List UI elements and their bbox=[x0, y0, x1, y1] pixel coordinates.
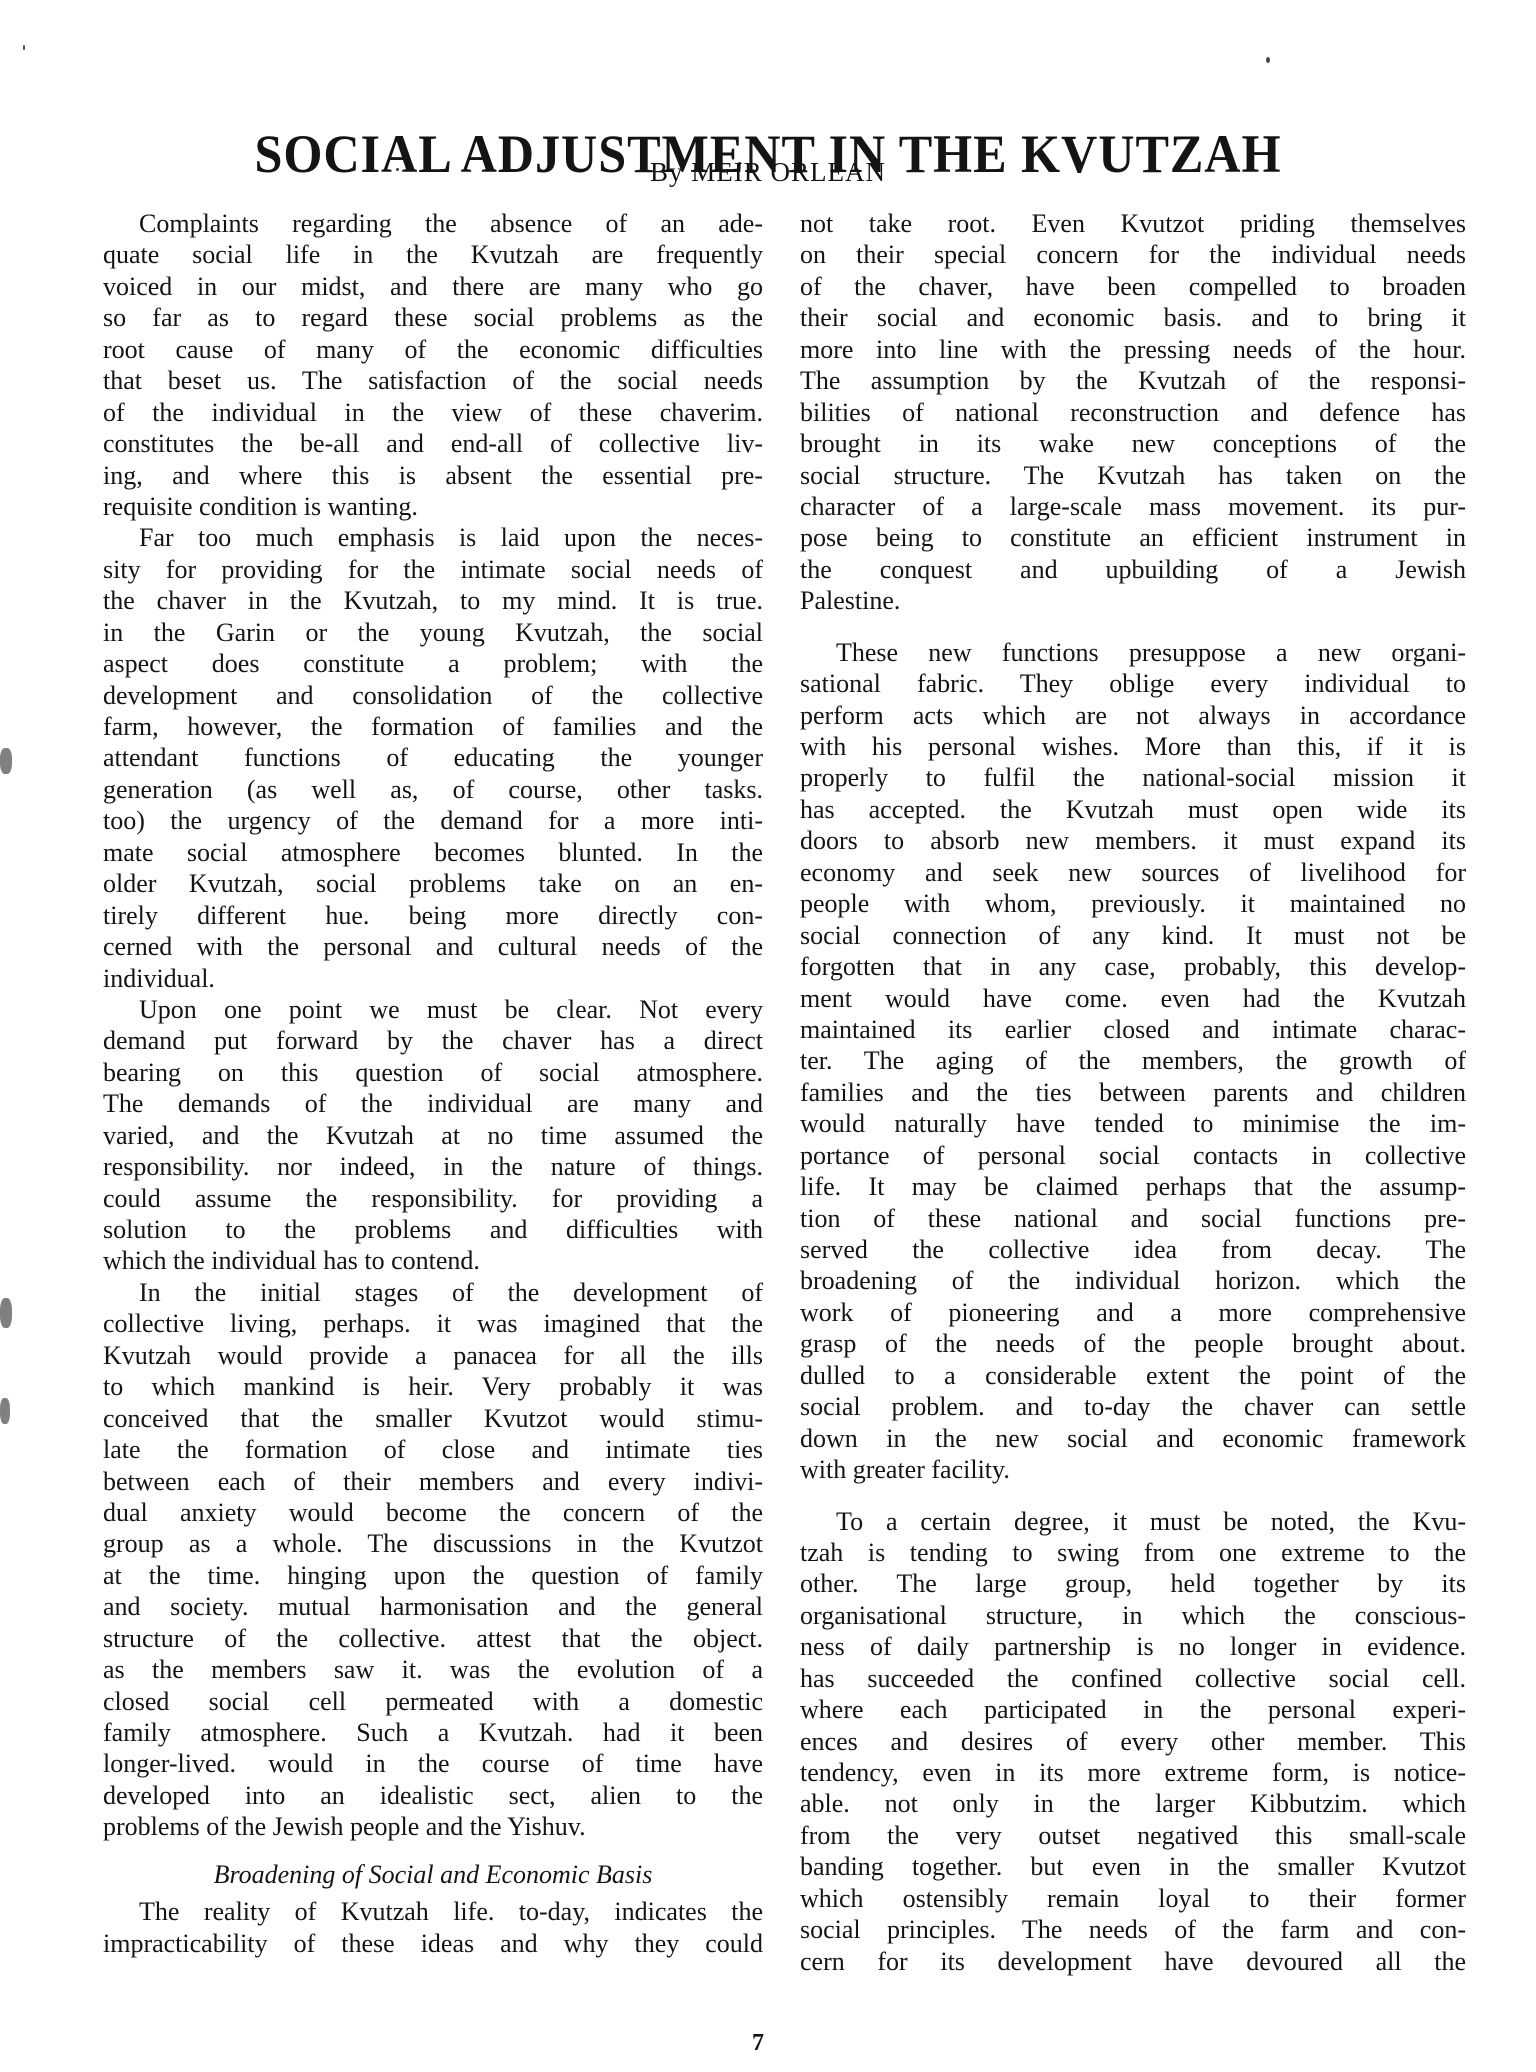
right-column: not take root. Even Kvutzot priding them… bbox=[800, 208, 1466, 1977]
scan-speck bbox=[1266, 57, 1270, 63]
text-line: more into line with the pressing needs o… bbox=[800, 334, 1466, 365]
text-line: pose being to constitute an efficient in… bbox=[800, 522, 1466, 553]
text-line: and society. mutual harmonisation and th… bbox=[103, 1591, 763, 1622]
text-line: served the collective idea from decay. T… bbox=[800, 1234, 1466, 1265]
text-line: sational fabric. They oblige every indiv… bbox=[800, 668, 1466, 699]
text-line: developed into an idealistic sect, alien… bbox=[103, 1780, 763, 1811]
text-line: These new functions presuppose a new org… bbox=[800, 637, 1466, 668]
text-line: work of pioneering and a more comprehens… bbox=[800, 1297, 1466, 1328]
text-line: mate social atmosphere becomes blunted. … bbox=[103, 837, 763, 868]
text-line: conceived that the smaller Kvutzot would… bbox=[103, 1403, 763, 1434]
text-line: collective living, perhaps. it was imagi… bbox=[103, 1308, 763, 1339]
text-line: doors to absorb new members. it must exp… bbox=[800, 825, 1466, 856]
text-line: impracticability of these ideas and why … bbox=[103, 1928, 763, 1959]
text-line: properly to fulfil the national-social m… bbox=[800, 762, 1466, 793]
text-line: attendant functions of educating the you… bbox=[103, 742, 763, 773]
text-line: too) the urgency of the demand for a mor… bbox=[103, 805, 763, 836]
text-line: their social and economic basis. and to … bbox=[800, 302, 1466, 333]
scan-blot-mark bbox=[0, 1398, 10, 1424]
text-line: that beset us. The satisfaction of the s… bbox=[103, 365, 763, 396]
text-line: the chaver in the Kvutzah, to my mind. I… bbox=[103, 585, 763, 616]
text-line: ment would have come. even had the Kvutz… bbox=[800, 983, 1466, 1014]
text-line: social principles. The needs of the farm… bbox=[800, 1914, 1466, 1945]
text-line: not take root. Even Kvutzot priding them… bbox=[800, 208, 1466, 239]
text-line: at the time. hinging upon the question o… bbox=[103, 1560, 763, 1591]
text-line: other. The large group, held together by… bbox=[800, 1568, 1466, 1599]
text-line: in the Garin or the young Kvutzah, the s… bbox=[103, 617, 763, 648]
text-line: organisational structure, in which the c… bbox=[800, 1600, 1466, 1631]
text-line: would naturally have tended to minimise … bbox=[800, 1108, 1466, 1139]
text-line: where each participated in the personal … bbox=[800, 1694, 1466, 1725]
text-line: group as a whole. The discussions in the… bbox=[103, 1528, 763, 1559]
text-line: maintained its earlier closed and intima… bbox=[800, 1014, 1466, 1045]
text-line: The reality of Kvutzah life. to-day, ind… bbox=[103, 1896, 763, 1927]
text-line: has accepted. the Kvutzah must open wide… bbox=[800, 794, 1466, 825]
text-line: of the chaver, have been compelled to br… bbox=[800, 271, 1466, 302]
text-line: root cause of many of the economic diffi… bbox=[103, 334, 763, 365]
text-line: social structure. The Kvutzah has taken … bbox=[800, 460, 1466, 491]
text-line: broadening of the individual horizon. wh… bbox=[800, 1265, 1466, 1296]
text-line: portance of personal social contacts in … bbox=[800, 1140, 1466, 1171]
text-line: character of a large-scale mass movement… bbox=[800, 491, 1466, 522]
text-line: perform acts which are not always in acc… bbox=[800, 700, 1466, 731]
text-line: voiced in our midst, and there are many … bbox=[103, 271, 763, 302]
text-line: Complaints regarding the absence of an a… bbox=[103, 208, 763, 239]
text-line: banding together. but even in the smalle… bbox=[800, 1851, 1466, 1882]
text-line: families and the ties between parents an… bbox=[800, 1077, 1466, 1108]
paragraph-gap bbox=[800, 1486, 1466, 1506]
text-line: tirely different hue. being more directl… bbox=[103, 900, 763, 931]
text-line: to which mankind is heir. Very probably … bbox=[103, 1371, 763, 1402]
text-line: farm, however, the formation of families… bbox=[103, 711, 763, 742]
text-line: economy and seek new sources of liveliho… bbox=[800, 857, 1466, 888]
text-line: could assume the responsibility. for pro… bbox=[103, 1183, 763, 1214]
text-line: with greater facility. bbox=[800, 1454, 1466, 1485]
text-line: Kvutzah would provide a panacea for all … bbox=[103, 1340, 763, 1371]
text-line: constitutes the be-all and end-all of co… bbox=[103, 428, 763, 459]
text-line: tendency, even in its more extreme form,… bbox=[800, 1757, 1466, 1788]
text-line: life. It may be claimed perhaps that the… bbox=[800, 1171, 1466, 1202]
text-line: as the members saw it. was the evolution… bbox=[103, 1654, 763, 1685]
text-line: older Kvutzah, social problems take on a… bbox=[103, 868, 763, 899]
scan-speck bbox=[23, 45, 25, 50]
text-line: dual anxiety would become the concern of… bbox=[103, 1497, 763, 1528]
scan-blot-mark bbox=[0, 1298, 12, 1328]
text-line: bearing on this question of social atmos… bbox=[103, 1057, 763, 1088]
left-column: Complaints regarding the absence of an a… bbox=[103, 208, 763, 1959]
text-line: so far as to regard these social problem… bbox=[103, 302, 763, 333]
text-line: sity for providing for the intimate soci… bbox=[103, 554, 763, 585]
paragraph-gap bbox=[800, 617, 1466, 637]
text-line: ness of daily partnership is no longer i… bbox=[800, 1631, 1466, 1662]
text-line: To a certain degree, it must be noted, t… bbox=[800, 1506, 1466, 1537]
text-line: demand put forward by the chaver has a d… bbox=[103, 1025, 763, 1056]
text-line: generation (as well as, of course, other… bbox=[103, 774, 763, 805]
text-line: tzah is tending to swing from one extrem… bbox=[800, 1537, 1466, 1568]
scan-speck bbox=[396, 168, 399, 171]
text-line: tion of these national and social functi… bbox=[800, 1203, 1466, 1234]
text-line: brought in its wake new conceptions of t… bbox=[800, 428, 1466, 459]
section-subheading: Broadening of Social and Economic Basis bbox=[103, 1859, 763, 1890]
text-line: development and consolidation of the col… bbox=[103, 680, 763, 711]
text-line: the conquest and upbuilding of a Jewish bbox=[800, 554, 1466, 585]
text-line: ing, and where this is absent the essent… bbox=[103, 460, 763, 491]
page-number: 7 bbox=[752, 2030, 764, 2057]
text-line: bilities of national reconstruction and … bbox=[800, 397, 1466, 428]
text-line: longer-lived. would in the course of tim… bbox=[103, 1748, 763, 1779]
text-line: of the individual in the view of these c… bbox=[103, 397, 763, 428]
text-line: ences and desires of every other member.… bbox=[800, 1726, 1466, 1757]
text-line: has succeeded the confined collective so… bbox=[800, 1663, 1466, 1694]
text-line: varied, and the Kvutzah at no time assum… bbox=[103, 1120, 763, 1151]
text-line: social connection of any kind. It must n… bbox=[800, 920, 1466, 951]
text-line: problems of the Jewish people and the Yi… bbox=[103, 1811, 763, 1842]
text-line: able. not only in the larger Kibbutzim. … bbox=[800, 1788, 1466, 1819]
text-line: structure of the collective. attest that… bbox=[103, 1623, 763, 1654]
text-line: late the formation of close and intimate… bbox=[103, 1434, 763, 1465]
text-line: between each of their members and every … bbox=[103, 1466, 763, 1497]
text-line: cern for its development have devoured a… bbox=[800, 1946, 1466, 1977]
text-line: family atmosphere. Such a Kvutzah. had i… bbox=[103, 1717, 763, 1748]
text-line: Far too much emphasis is laid upon the n… bbox=[103, 522, 763, 553]
text-line: The demands of the individual are many a… bbox=[103, 1088, 763, 1119]
text-line: social problem. and to-day the chaver ca… bbox=[800, 1391, 1466, 1422]
text-line: people with whom, previously. it maintai… bbox=[800, 888, 1466, 919]
text-line: which the individual has to contend. bbox=[103, 1245, 763, 1276]
text-line: on their special concern for the individ… bbox=[800, 239, 1466, 270]
text-line: down in the new social and economic fram… bbox=[800, 1423, 1466, 1454]
text-line: cerned with the personal and cultural ne… bbox=[103, 931, 763, 962]
text-line: with his personal wishes. More than this… bbox=[800, 731, 1466, 762]
text-line: which ostensibly remain loyal to their f… bbox=[800, 1883, 1466, 1914]
article-byline: By MEIR ORLEAN bbox=[0, 156, 1536, 188]
text-line: dulled to a considerable extent the poin… bbox=[800, 1360, 1466, 1391]
text-line: aspect does constitute a problem; with t… bbox=[103, 648, 763, 679]
text-line: quate social life in the Kvutzah are fre… bbox=[103, 239, 763, 270]
text-line: requisite condition is wanting. bbox=[103, 491, 763, 522]
text-line: closed social cell permeated with a dome… bbox=[103, 1686, 763, 1717]
text-line: individual. bbox=[103, 963, 763, 994]
text-line: Palestine. bbox=[800, 585, 1466, 616]
text-line: from the very outset negatived this smal… bbox=[800, 1820, 1466, 1851]
text-line: solution to the problems and difficultie… bbox=[103, 1214, 763, 1245]
text-line: Upon one point we must be clear. Not eve… bbox=[103, 994, 763, 1025]
text-line: forgotten that in any case, probably, th… bbox=[800, 951, 1466, 982]
scan-blot-mark bbox=[0, 748, 12, 774]
text-line: grasp of the needs of the people brought… bbox=[800, 1328, 1466, 1359]
text-line: The assumption by the Kvutzah of the res… bbox=[800, 365, 1466, 396]
text-line: responsibility. nor indeed, in the natur… bbox=[103, 1151, 763, 1182]
text-line: In the initial stages of the development… bbox=[103, 1277, 763, 1308]
text-line: ter. The aging of the members, the growt… bbox=[800, 1045, 1466, 1076]
